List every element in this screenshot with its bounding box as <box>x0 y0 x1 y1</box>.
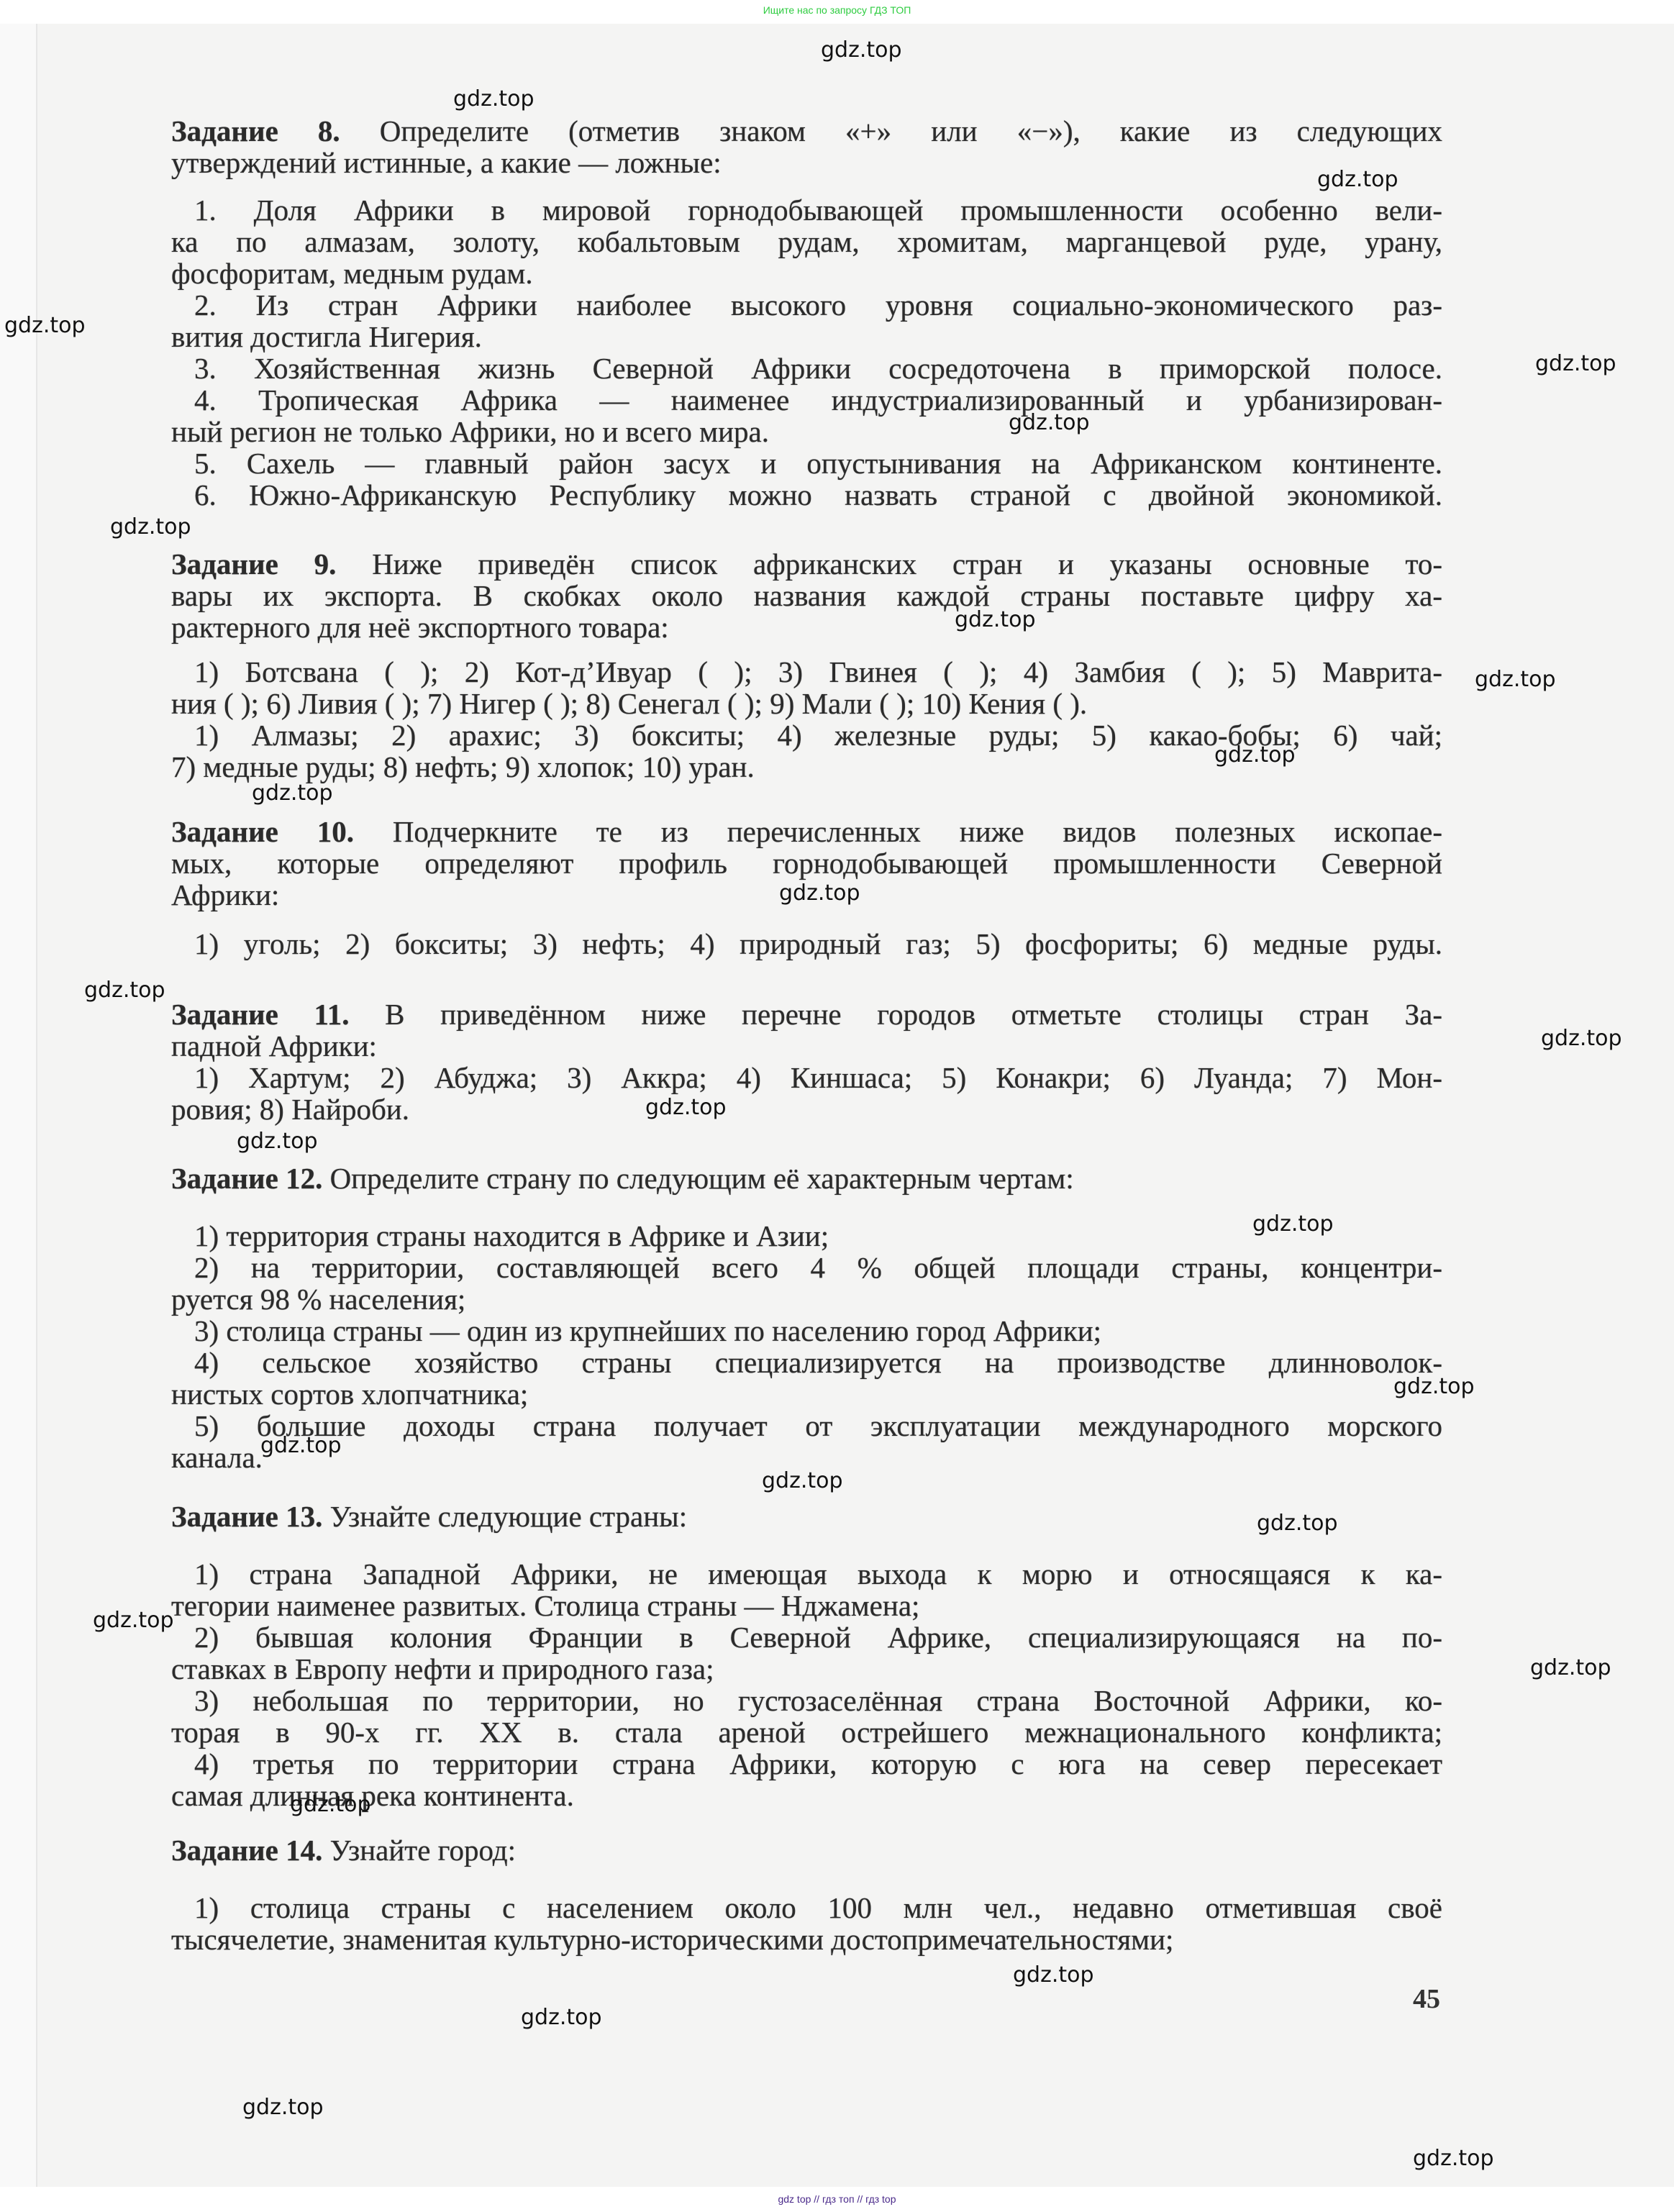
watermark: gdz.top <box>4 313 86 338</box>
watermark: gdz.top <box>110 514 191 540</box>
feature-1: 1) территория страны находится в Африке … <box>194 1220 829 1252</box>
watermark: gdz.top <box>645 1095 727 1120</box>
country-list-line2: ния ( ); 6) Ливия ( ); 7) Нигер ( ); 8) … <box>171 688 1087 719</box>
watermark: gdz.top <box>84 978 165 1003</box>
watermark: gdz.top <box>453 86 535 111</box>
country-list: 1) Ботсвана ( ); 2) Кот-д’Ивуар ( ); 3) … <box>194 656 1442 688</box>
statement-2: 2. Из стран Африки наиболее высокого уро… <box>194 289 1442 321</box>
statement-4-line2: ный регион не только Африки, но и всего … <box>171 416 769 447</box>
feature-3: 3) столица страны — один из крупнейших п… <box>194 1315 1101 1347</box>
task-9-heading: Задание 9. Ниже приведён список африканс… <box>171 548 1442 580</box>
task-9-heading-line3: рактерного для неё экспортного товара: <box>171 611 669 643</box>
task-8-heading: Задание 8. Определите (отметив знаком «+… <box>171 115 1442 147</box>
bottom-banner-links[interactable]: gdz top // гдз топ // гдз top <box>0 2193 1674 2205</box>
city-clue-1: 1) столица страны с населением около 100… <box>194 1892 1442 1924</box>
task-14-heading: Задание 14. Узнайте город: <box>171 1834 516 1866</box>
task-10-heading-line2: мых, которые определяют профиль горнодоб… <box>171 847 1442 879</box>
feature-5-line2: канала. <box>171 1442 263 1473</box>
watermark: gdz.top <box>93 1608 174 1633</box>
task-label: Задание 8. <box>171 114 340 147</box>
country-clue-1-line2: тегории наименее развитых. Столица стран… <box>171 1590 919 1621</box>
country-clue-4-line2: самая длинная река континента. <box>171 1780 574 1811</box>
watermark: gdz.top <box>1535 351 1616 376</box>
task-9-heading-line2: вары их экспорта. В скобках около назван… <box>171 580 1442 611</box>
task-10-heading: Задание 10. Подчеркните те из перечислен… <box>171 816 1442 847</box>
watermark: gdz.top <box>260 1433 342 1458</box>
country-clue-4: 4) третья по территории страна Африки, к… <box>194 1748 1442 1780</box>
feature-5: 5) большие доходы страна получает от экс… <box>194 1410 1442 1442</box>
task-11-heading-line2: падной Африки: <box>171 1030 377 1062</box>
watermark: gdz.top <box>521 2005 602 2030</box>
feature-2-line2: руется 98 % населения; <box>171 1283 465 1315</box>
watermark: gdz.top <box>1530 1655 1611 1680</box>
task-10-heading-line3: Африки: <box>171 879 279 911</box>
statement-1-line3: фосфоритам, медным рудам. <box>171 258 533 289</box>
watermark: gdz.top <box>1252 1211 1334 1237</box>
watermark: gdz.top <box>779 880 860 906</box>
watermark: gdz.top <box>1013 1962 1094 1988</box>
task-11-heading: Задание 11. В приведённом ниже перечне г… <box>171 998 1442 1030</box>
task-12-heading: Задание 12. Определите страну по следующ… <box>171 1162 1074 1194</box>
country-clue-2-line2: ставках в Европу нефти и природного газа… <box>171 1653 714 1685</box>
cities-list-line2: ровия; 8) Найроби. <box>171 1093 409 1125</box>
cities-list: 1) Хартум; 2) Абуджа; 3) Аккра; 4) Кинша… <box>194 1062 1442 1093</box>
feature-4-line2: нистых сортов хлопчатника; <box>171 1378 528 1410</box>
watermark: gdz.top <box>1475 667 1556 692</box>
bottom-banner: gdz top // гдз топ // гдз top <box>0 2187 1674 2212</box>
watermark: gdz.top <box>252 780 333 806</box>
watermark: gdz.top <box>1257 1511 1338 1536</box>
statement-2-line2: вития достигла Нигерия. <box>171 321 482 352</box>
statement-5: 5. Сахель — главный район засух и опусты… <box>194 447 1442 479</box>
top-banner-text[interactable]: Ищите нас по запросу ГДЗ ТОП <box>0 4 1674 16</box>
page-number: 45 <box>1413 1983 1440 2015</box>
watermark: gdz.top <box>762 1468 843 1493</box>
feature-4: 4) сельское хозяйство страны специализир… <box>194 1347 1442 1378</box>
page-binding-edge <box>0 24 37 2187</box>
watermark: gdz.top <box>1009 410 1090 435</box>
watermark: gdz.top <box>242 2095 324 2120</box>
task-13-heading: Задание 13. Узнайте следующие страны: <box>171 1501 687 1532</box>
watermark: gdz.top <box>290 1792 371 1817</box>
city-clue-1-line2: тысячелетие, знаменитая культурно-истори… <box>171 1924 1173 1955</box>
country-clue-1: 1) страна Западной Африки, не имеющая вы… <box>194 1558 1442 1590</box>
statement-3: 3. Хозяйственная жизнь Северной Африки с… <box>194 352 1442 384</box>
statement-6: 6. Южно-Африканскую Республику можно наз… <box>194 479 1442 511</box>
task-8-heading-line2: утверждений истинные, а какие — ложные: <box>171 147 722 178</box>
watermark: gdz.top <box>1413 2146 1494 2171</box>
country-clue-3: 3) небольшая по территории, но густозасе… <box>194 1685 1442 1716</box>
statement-1-line2: ка по алмазам, золоту, кобальтовым рудам… <box>171 226 1442 258</box>
watermark: gdz.top <box>1541 1026 1622 1051</box>
watermark: gdz.top <box>821 37 902 63</box>
statement-1: 1. Доля Африки в мировой горнодобывающей… <box>194 194 1442 226</box>
statement-4: 4. Тропическая Африка — наименее индустр… <box>194 384 1442 416</box>
watermark: gdz.top <box>1393 1374 1475 1399</box>
minerals-list: 1) уголь; 2) бокситы; 3) нефть; 4) приро… <box>194 928 1442 960</box>
export-goods-list-line2: 7) медные руды; 8) нефть; 9) хлопок; 10)… <box>171 751 755 783</box>
top-banner: Ищите нас по запросу ГДЗ ТОП <box>0 0 1674 24</box>
country-clue-3-line2: торая в 90-х гг. XX в. стала ареной остр… <box>171 1716 1442 1748</box>
watermark: gdz.top <box>955 607 1036 632</box>
watermark: gdz.top <box>237 1129 318 1154</box>
watermark: gdz.top <box>1317 167 1398 192</box>
country-clue-2: 2) бывшая колония Франции в Северной Афр… <box>194 1621 1442 1653</box>
watermark: gdz.top <box>1214 742 1296 768</box>
feature-2: 2) на территории, составляющей всего 4 %… <box>194 1252 1442 1283</box>
